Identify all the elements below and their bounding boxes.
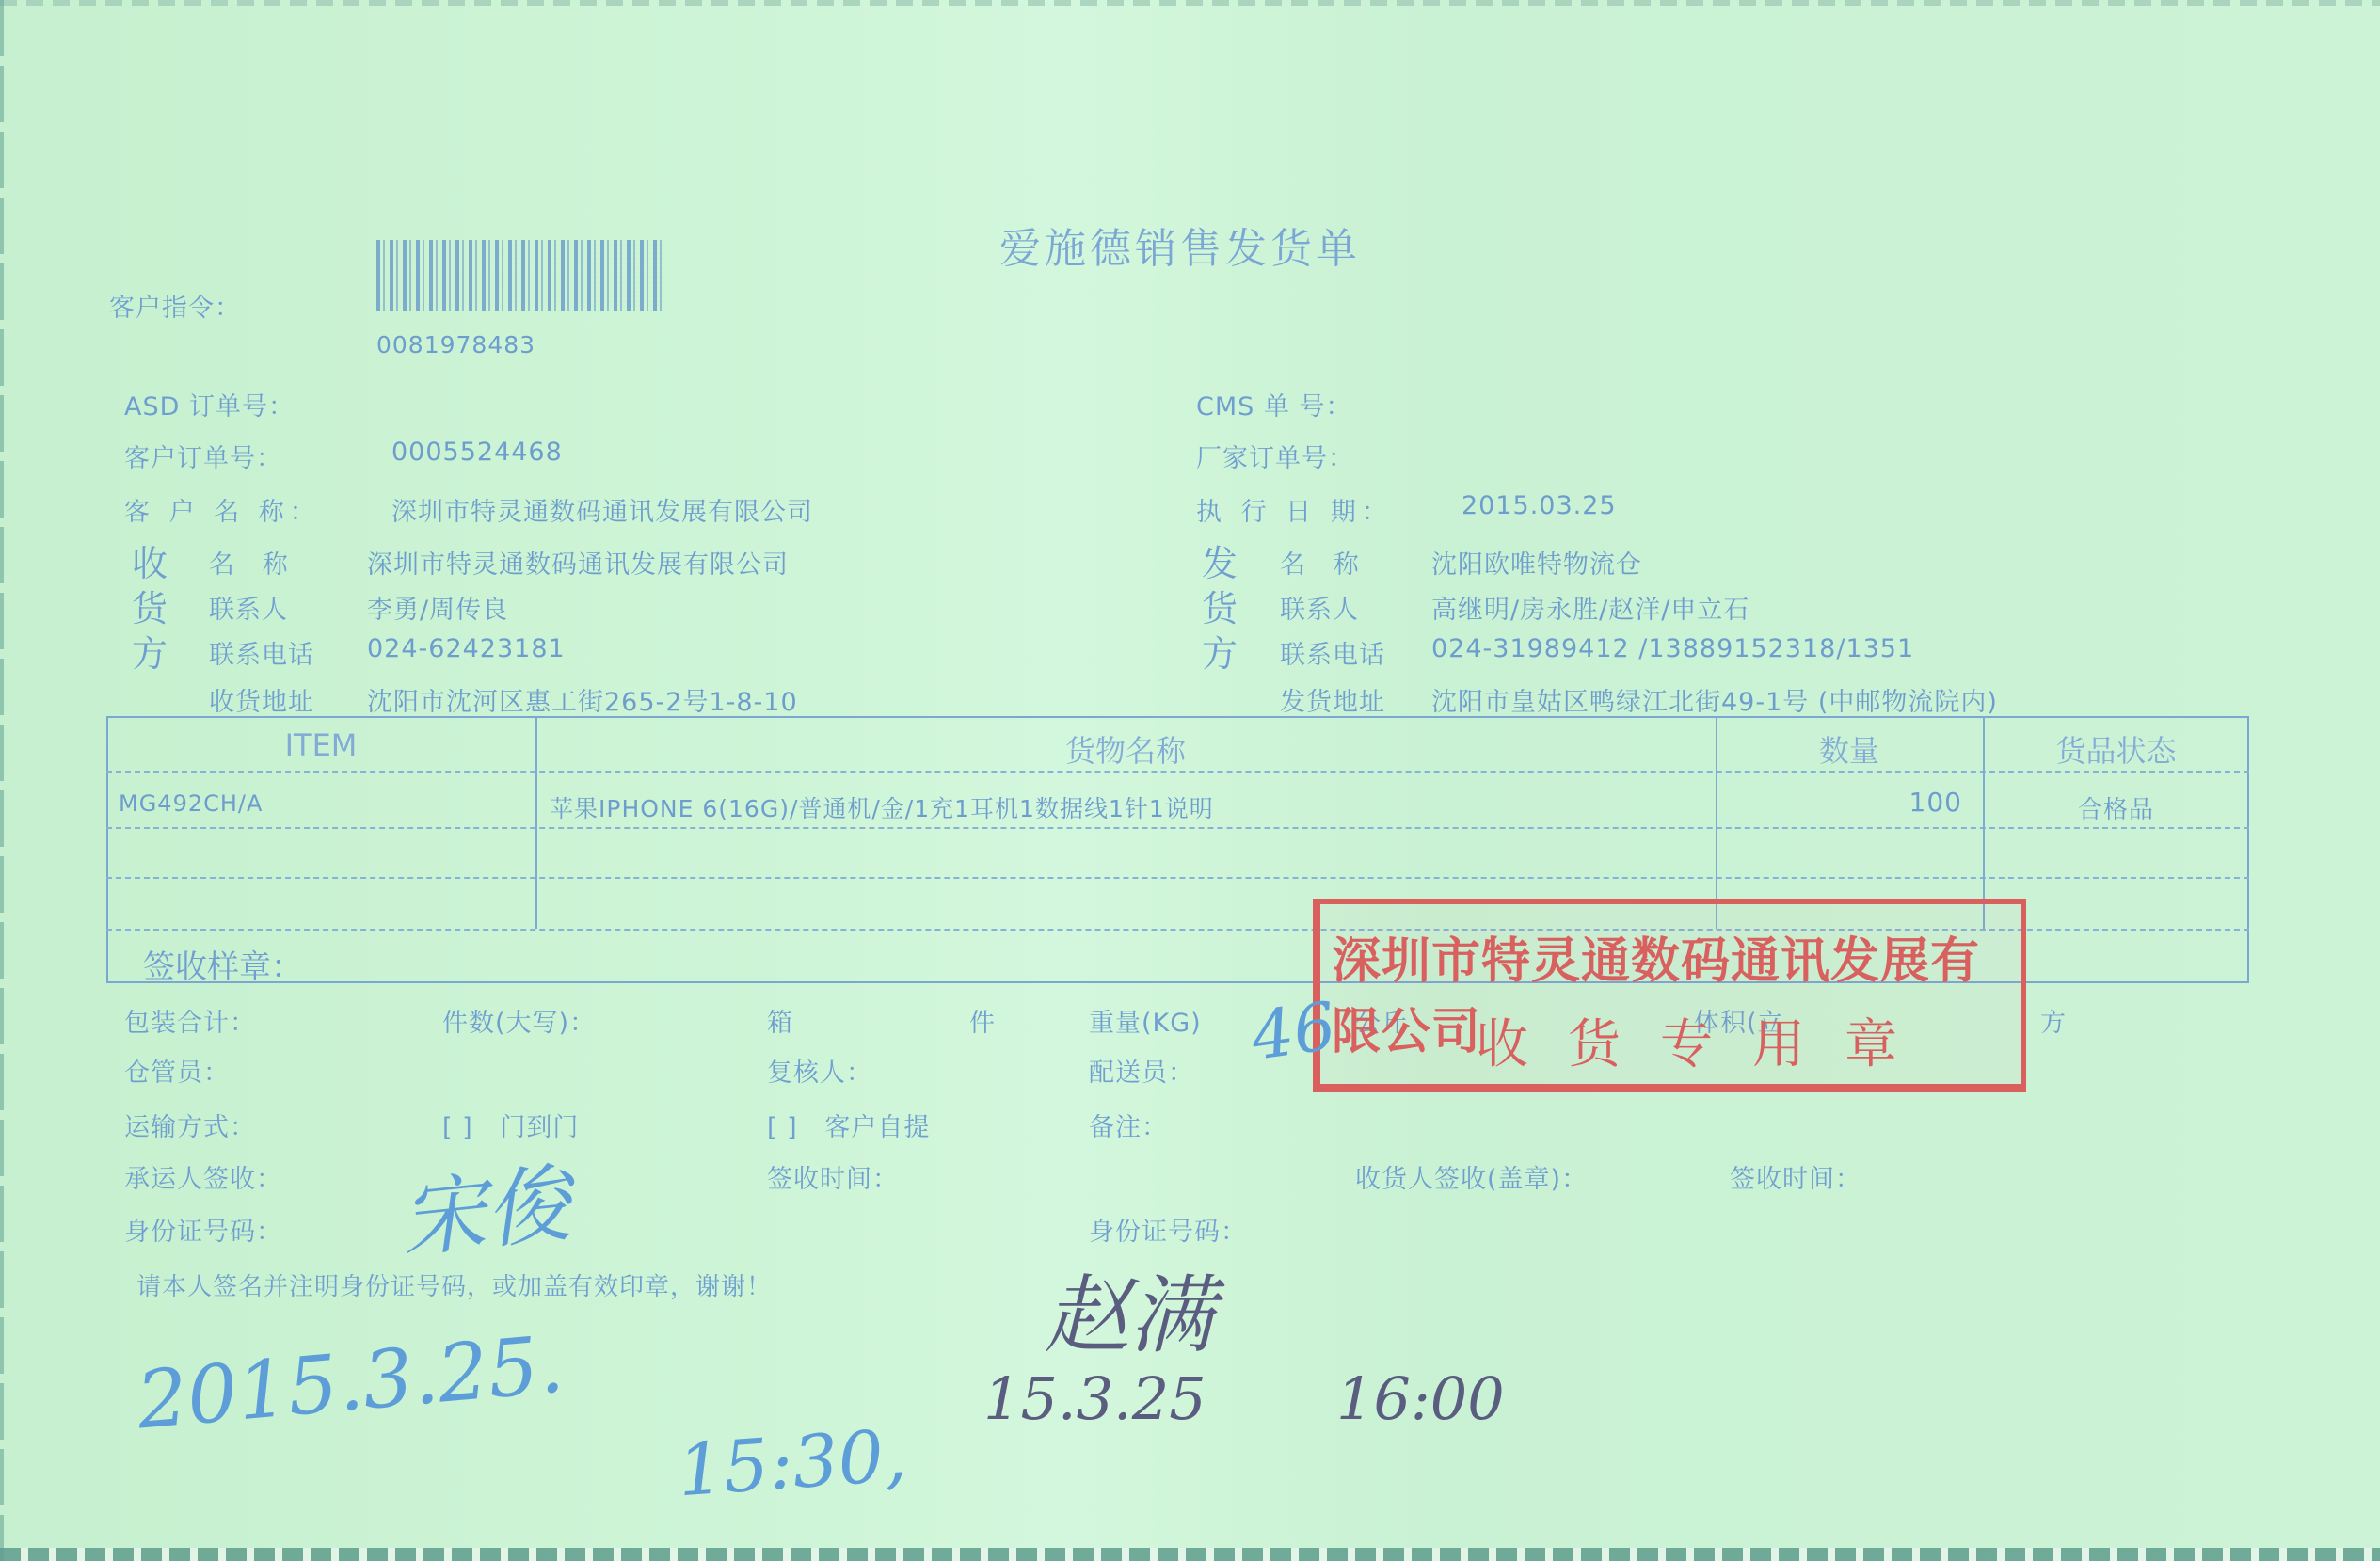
perforation-bottom: [0, 1548, 2380, 1561]
cell-status: 合格品: [1983, 790, 2249, 825]
table-header-item: ITEM: [106, 727, 535, 763]
document-title: 爱施德销售发货单: [999, 215, 1361, 275]
receiver-phone-label: 联系电话: [209, 634, 314, 671]
carrier-handwritten-date: 2015.3.25.: [134, 1317, 567, 1446]
id-number-right-label: 身份证号码：: [1089, 1211, 1247, 1248]
shipper-side-char-1: 发: [1202, 534, 1238, 586]
receiver-handwritten-date: 15.3.25: [983, 1364, 1206, 1433]
package-total-label: 包装合计：: [124, 1002, 256, 1039]
customer-order-label: 客户订单号：: [124, 438, 282, 474]
customer-name-label: 客 户 名 称：: [124, 491, 321, 528]
sign-time-label: 签收时间：: [767, 1158, 899, 1195]
remark-label: 备注：: [1089, 1107, 1168, 1143]
shipper-address-value: 沈阳市皇姑区鸭绿江北街49-1号 (中邮物流院内): [1431, 681, 1998, 718]
piece-label: 件: [969, 1002, 996, 1039]
receiver-side-char-2: 货: [132, 580, 168, 631]
table-divider: [106, 877, 2249, 879]
warehouse-keeper-label: 仓管员：: [124, 1052, 230, 1089]
shipper-side-char-2: 货: [1202, 580, 1238, 631]
sign-sample-label: 签收样章：: [143, 941, 303, 987]
perforation-top: [0, 0, 2380, 6]
handwritten-weight: 46: [1247, 987, 1341, 1075]
carrier-handwritten-time: 15:30,: [675, 1413, 909, 1513]
receiver-phone-value: 024-62423181: [367, 634, 566, 663]
reviewer-label: 复核人：: [767, 1052, 872, 1089]
table-header-status: 货品状态: [1983, 727, 2249, 771]
table-divider: [106, 827, 2249, 829]
barcode-number: 0081978483: [376, 331, 535, 358]
receiver-sign-time-label: 签收时间：: [1730, 1158, 1861, 1195]
shipper-address-label: 发货地址: [1280, 681, 1385, 718]
receipt-stamp: 深圳市特灵通数码通讯发展有限公司 收货专用章: [1313, 899, 2026, 1092]
cell-item: MG492CH/A: [119, 790, 263, 817]
weight-label: 重量(KG): [1089, 1002, 1202, 1039]
receiver-address-label: 收货地址: [209, 681, 314, 718]
shipper-phone-value: 024-31989412 /13889152318/1351: [1431, 634, 1914, 663]
receiver-contact-label: 联系人: [209, 589, 288, 626]
customer-name-value: 深圳市特灵通数码通讯发展有限公司: [391, 491, 813, 528]
shipper-name-label: 名 称: [1280, 544, 1360, 581]
table-divider: [106, 771, 2249, 773]
cubic-label: 方: [2040, 1002, 2067, 1039]
cms-no-label: CMS 单 号：: [1196, 386, 1351, 422]
shipper-contact-value: 高继明/房永胜/赵洋/申立石: [1431, 589, 1749, 626]
receiver-side-char-1: 收: [132, 534, 168, 586]
self-pickup-checkbox[interactable]: [ ] 客户自提: [767, 1107, 930, 1143]
receiver-name-label: 名 称: [209, 544, 289, 581]
receiver-signature: 赵满: [1045, 1247, 1214, 1369]
factory-order-label: 厂家订单号：: [1196, 438, 1354, 474]
asd-order-label: ASD 订单号：: [124, 386, 295, 422]
id-number-left-label: 身份证号码：: [124, 1211, 282, 1248]
receiver-name-value: 深圳市特灵通数码通讯发展有限公司: [367, 544, 789, 581]
cell-goods-name: 苹果IPHONE 6(16G)/普通机/金/1充1耳机1数据线1针1说明: [550, 790, 1214, 824]
receiver-address-value: 沈阳市沈河区惠工街265-2号1-8-10: [367, 681, 798, 718]
shipper-contact-label: 联系人: [1280, 589, 1359, 626]
receiver-sign-label: 收货人签收(盖章)：: [1355, 1158, 1588, 1195]
shipper-side-char-3: 方: [1202, 625, 1238, 677]
cell-quantity: 100: [1716, 787, 1962, 818]
customer-order-value: 0005524468: [391, 438, 563, 467]
exec-date-value: 2015.03.25: [1462, 491, 1617, 520]
customer-instruction-label: 客户指令：: [109, 287, 241, 324]
exec-date-label: 执 行 日 期：: [1196, 491, 1393, 528]
perforation-left: [0, 0, 4, 1561]
carrier-sign-label: 承运人签收：: [124, 1158, 282, 1195]
table-header-quantity: 数量: [1716, 727, 1983, 771]
box-label: 箱: [767, 1002, 793, 1039]
stamp-purpose: 收货专用章: [1476, 1003, 1937, 1078]
receiver-contact-value: 李勇/周传良: [367, 589, 508, 626]
dispatcher-label: 配送员：: [1089, 1052, 1194, 1089]
signature-notice: 请本人签名并注明身份证号码，或加盖有效印章，谢谢！: [136, 1267, 772, 1302]
carrier-signature: 宋俊: [394, 1135, 576, 1274]
shipper-phone-label: 联系电话: [1280, 634, 1385, 671]
barcode: [376, 240, 665, 311]
receiver-side-char-3: 方: [132, 625, 168, 677]
table-header-goods-name: 货物名称: [535, 727, 1716, 771]
shipper-name-value: 沈阳欧唯特物流仓: [1431, 544, 1642, 581]
receiver-handwritten-time: 16:00: [1336, 1364, 1505, 1433]
transport-mode-label: 运输方式：: [124, 1107, 256, 1143]
pieces-upper-label: 件数(大写)：: [442, 1002, 596, 1039]
